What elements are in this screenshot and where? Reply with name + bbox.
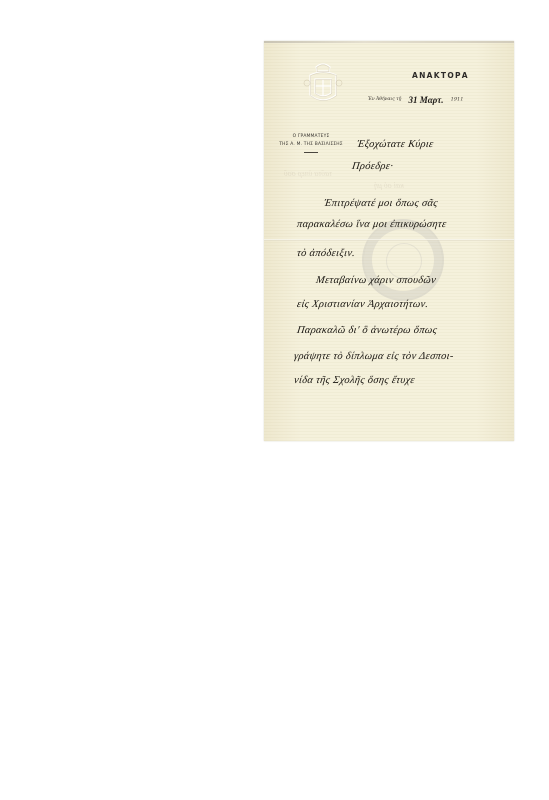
body-line: νίδα τῆς Σχολῆς ὅσης ἔτυχε	[293, 375, 415, 386]
date-prefix: Ἐν Ἀθήναις τῇ	[368, 97, 401, 102]
secretary-heading: Ο ΓΡΑΜΜΑΤΕΥΣ ΤΗΣ Α. Μ. ΤΗΣ ΒΑΣΙΛΙΣΣΗΣ	[268, 133, 354, 153]
body-line: γράψητε τὸ δίπλωμα εἰς τὸν Δεσποι-	[293, 351, 454, 362]
show-through-text: καὶ οὐ μή	[374, 181, 404, 190]
secretary-rule	[304, 152, 318, 153]
stamp-inner-ring	[386, 243, 422, 279]
salutation-line: Πρόεδρε·	[351, 161, 394, 172]
paper-top-edge	[264, 41, 514, 43]
dateline: Ἐν Ἀθήναις τῇ 31 Μαρτ. 1911	[368, 89, 513, 108]
salutation-line: Ἐξοχώτατε Κύριε	[356, 139, 434, 150]
archive-stamp-icon	[362, 219, 444, 301]
letterhead-title: ΑΝΑΚΤΟΡΑ	[412, 71, 469, 80]
letter-page: ταῦτα ὑπερ σοῦ καὶ οὐ μή ΑΝΑΚΤΟΡΑ Ἐν Ἀθή…	[264, 41, 514, 441]
body-line: Ἐπιτρέψατέ μοι ὅπως σᾶς	[323, 198, 438, 209]
secretary-line-2: ΤΗΣ Α. Μ. ΤΗΣ ΒΑΣΙΛΙΣΣΗΣ	[268, 141, 354, 149]
body-line: Παρακαλῶ δι' ὃ ἀνωτέρω ὅπως	[296, 325, 438, 336]
body-line: τὸ ἀπόδειξιν.	[296, 248, 356, 259]
embossed-crest-icon	[302, 59, 344, 109]
body-line: εἰς Χριστιανίαν Ἀρχαιοτήτων.	[296, 299, 429, 310]
secretary-line-1: Ο ΓΡΑΜΜΑΤΕΥΣ	[268, 133, 354, 141]
date-year: 1911	[451, 97, 464, 103]
show-through-text: ταῦτα ὑπερ σοῦ	[284, 169, 332, 178]
body-line: Μεταβαίνω χάριν σπουδῶν	[315, 275, 437, 286]
fold-line	[264, 239, 514, 241]
date-handwritten: 31 Μαρτ.	[408, 95, 443, 105]
body-line: παρακαλέσω ἵνα μοι ἐπικυρώσητε	[296, 219, 447, 230]
